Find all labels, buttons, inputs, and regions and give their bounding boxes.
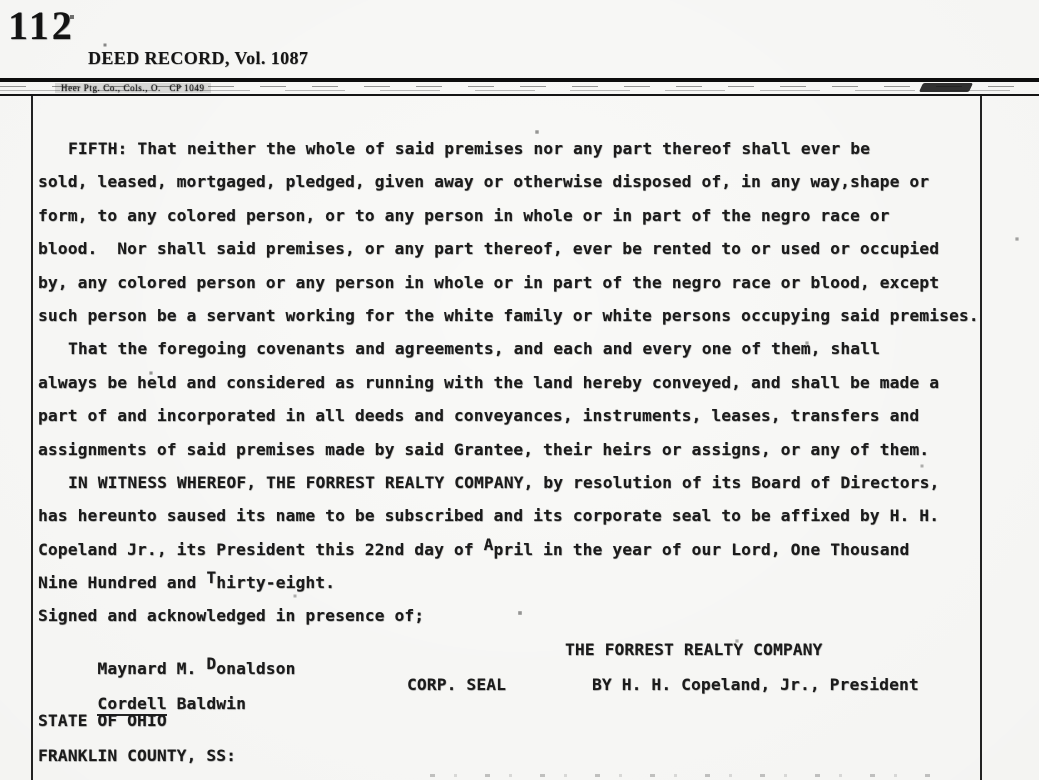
attestation-line: Signed and acknowledged in presence of; bbox=[38, 606, 985, 639]
deed-line: FIFTH: That neither the whole of said pr… bbox=[38, 139, 985, 172]
deed-line: sold, leased, mortgaged, pledged, given … bbox=[38, 172, 985, 205]
left-margin-rule bbox=[31, 96, 33, 780]
ruled-divider-band: Heer Ptg. Co., Cols., O. CP 1049 bbox=[0, 78, 1039, 96]
deed-body-text: FIFTH: That neither the whole of said pr… bbox=[38, 139, 985, 780]
deed-line-text: Nine Hundred and bbox=[38, 573, 206, 592]
page-number: 112 bbox=[8, 2, 75, 49]
deed-line: assignments of said premises made by sai… bbox=[38, 440, 985, 473]
deed-line-text: Copeland Jr., its President this 22nd da… bbox=[38, 540, 484, 559]
deed-line: form, to any colored person, or to any p… bbox=[38, 206, 985, 239]
deed-line: Copeland Jr., its President this 22nd da… bbox=[38, 540, 985, 573]
witness-row-2: Cordell Baldwin CORP. SEAL BY H. H. Cope… bbox=[38, 675, 985, 711]
deed-line-text: hirty-eight. bbox=[216, 573, 335, 592]
header-title: DEED RECORD, Vol. 1087 bbox=[88, 48, 308, 69]
deed-line: blood. Nor shall said premises, or any p… bbox=[38, 239, 985, 272]
deed-line: part of and incorporated in all deeds an… bbox=[38, 406, 985, 439]
deed-record-page: 112 DEED RECORD, Vol. 1087 Heer Ptg. Co.… bbox=[0, 0, 1039, 780]
raised-letter: D bbox=[206, 654, 216, 673]
raised-letter: T bbox=[206, 568, 216, 587]
scan-speckles bbox=[0, 0, 2, 2]
deed-line: such person be a servant working for the… bbox=[38, 306, 985, 339]
deed-line: always be held and considered as running… bbox=[38, 373, 985, 406]
state-line: STATE OF OHIO bbox=[38, 711, 985, 747]
cutoff-text-noise bbox=[430, 774, 949, 777]
deed-line: has hereunto saused its name to be subsc… bbox=[38, 506, 985, 539]
raised-letter: A bbox=[484, 535, 494, 554]
deed-line: by, any colored person or any person in … bbox=[38, 273, 985, 306]
witness-row-1: Maynard M. Donaldson THE FORREST REALTY … bbox=[38, 640, 985, 676]
deed-line: IN WITNESS WHEREOF, THE FORREST REALTY C… bbox=[38, 473, 985, 506]
deed-line: Nine Hundred and Thirty-eight. bbox=[38, 573, 985, 606]
ink-smudge bbox=[919, 83, 973, 92]
witness-signature-1: Maynard M. Donaldson bbox=[97, 654, 295, 678]
deed-line-text: pril in the year of our Lord, One Thousa… bbox=[494, 540, 910, 559]
deed-line: That the foregoing covenants and agreeme… bbox=[38, 339, 985, 372]
president-signature: BY H. H. Copeland, Jr., President bbox=[592, 675, 919, 694]
corp-seal-label: CORP. SEAL bbox=[407, 675, 506, 694]
company-name: THE FORREST REALTY COMPANY bbox=[565, 640, 822, 659]
printer-imprint: Heer Ptg. Co., Cols., O. CP 1049 bbox=[55, 83, 211, 93]
